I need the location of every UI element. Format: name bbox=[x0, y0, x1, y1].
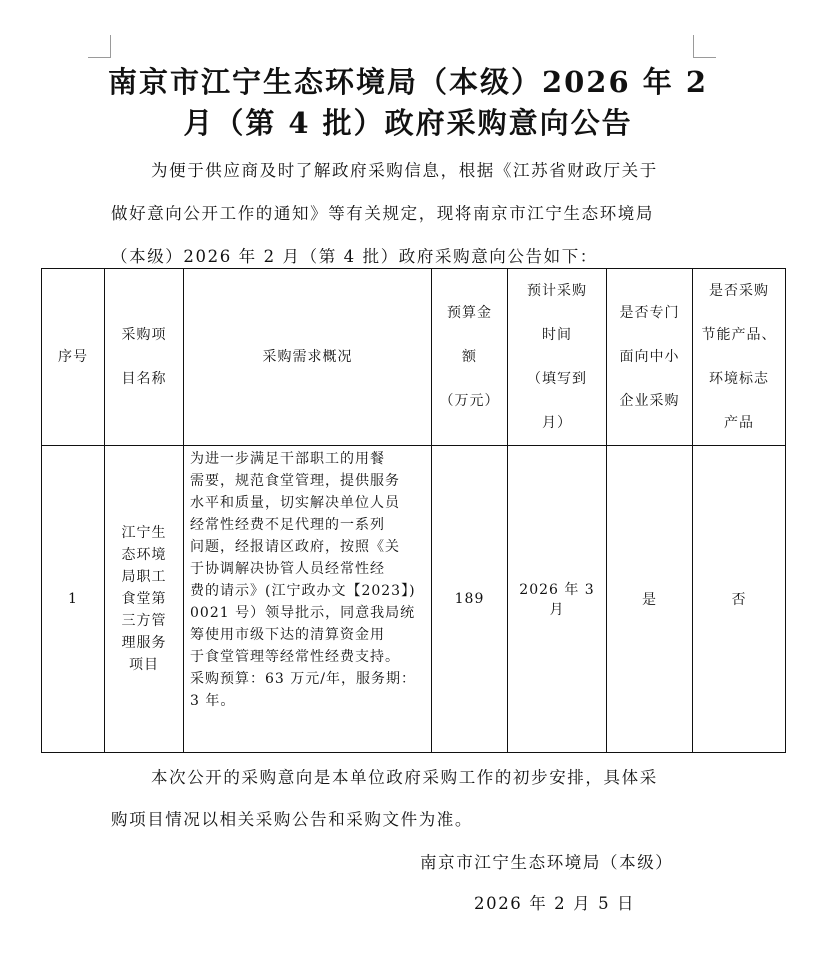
cell-requirements: 为进一步满足干部职工的用餐 需要，规范食堂管理，提供服务 水平和质量，切实解决单… bbox=[184, 446, 432, 753]
cell-seq: 1 bbox=[42, 446, 105, 753]
header-budget: 预算金 额 （万元） bbox=[432, 269, 508, 446]
closing-paragraph-line-2: 购项目情况以相关采购公告和采购文件为准。 bbox=[111, 806, 473, 830]
signature-date: 2026 年 2 月 5 日 bbox=[474, 890, 635, 914]
cell-green-products: 否 bbox=[693, 446, 786, 753]
cell-project-name: 江宁生 态环境 局职工 食堂第 三方管 理服务 项目 bbox=[105, 446, 184, 753]
signature-organization: 南京市江宁生态环境局（本级） bbox=[420, 849, 673, 873]
intro-paragraph-line-2: 做好意向公开工作的通知》等有关规定，现将南京市江宁生态环境局 bbox=[111, 200, 654, 224]
cell-budget: 189 bbox=[432, 446, 508, 753]
page-title-line-2: 月（第 4 批）政府采购意向公告 bbox=[80, 101, 736, 142]
closing-paragraph-line-1: 本次公开的采购意向是本单位政府采购工作的初步安排，具体采 bbox=[151, 764, 658, 788]
header-requirements: 采购需求概况 bbox=[184, 269, 432, 446]
page-corner-mark-left bbox=[88, 35, 111, 58]
page-title-line-1: 南京市江宁生态环境局（本级）2026 年 2 bbox=[80, 60, 736, 101]
header-project-name: 采购项 目名称 bbox=[105, 269, 184, 446]
intro-paragraph-line-3: （本级）2026 年 2 月（第 4 批）政府采购意向公告如下： bbox=[111, 243, 598, 267]
header-time: 预计采购 时间 （填写到 月） bbox=[508, 269, 607, 446]
intro-paragraph-line-1: 为便于供应商及时了解政府采购信息，根据《江苏省财政厅关于 bbox=[151, 157, 658, 181]
page-corner-mark-right bbox=[693, 35, 716, 58]
table-row: 1 江宁生 态环境 局职工 食堂第 三方管 理服务 项目 为进一步满足干部职工的… bbox=[42, 446, 786, 753]
header-sme: 是否专门 面向中小 企业采购 bbox=[607, 269, 693, 446]
header-green-products: 是否采购 节能产品、 环境标志 产品 bbox=[693, 269, 786, 446]
table-header-row: 序号 采购项 目名称 采购需求概况 预算金 额 （万元） 预计采购 时间 （填写… bbox=[42, 269, 786, 446]
cell-time: 2026 年 3 月 bbox=[508, 446, 607, 753]
cell-sme: 是 bbox=[607, 446, 693, 753]
header-seq: 序号 bbox=[42, 269, 105, 446]
procurement-intent-table: 序号 采购项 目名称 采购需求概况 预算金 额 （万元） 预计采购 时间 （填写… bbox=[41, 268, 786, 753]
